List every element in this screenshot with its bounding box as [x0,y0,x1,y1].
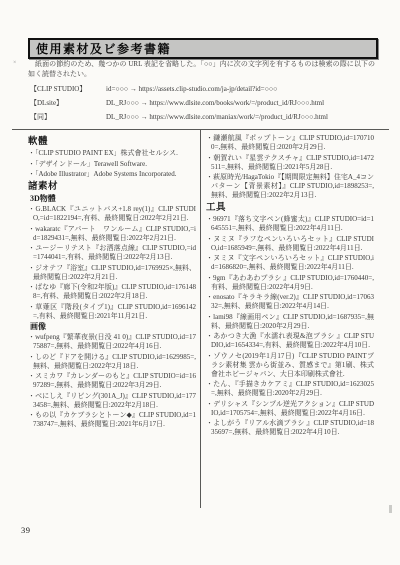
credit-list-item: 鎌瀬航風『ポップトーン』CLIP STUDIO,id=1707100=,無料、最… [206,134,374,152]
credit-list-item: 朝賀れい『星雲テクスチャ』CLIP STUDIO,id=1472511=,無料、… [206,154,374,172]
credit-list-item: 「デザインドール」Terawell Software. [28,160,196,169]
right-column: 鎌瀬航風『ポップトーン』CLIP STUDIO,id=1707100=,無料、最… [206,134,374,439]
section-title-bar: 使用素材及ビ参考書籍 [28,38,378,59]
credit-list-item: ユージーリテスト『お洒落点線』CLIP STUDIO,=id=1744041=,… [28,244,196,262]
section-heading: 画像 [30,322,196,332]
credit-list-item: もの以『カケブラシとトーン◆』CLIP STUDIO,id=1738747=,無… [28,411,196,429]
credit-list-item: 96971『落ち文字ペン(蜂蜜太)』CLIP STUDIO=id=1645551… [206,215,374,233]
credit-list-item: ばなゆ『廊下(令和2年版)』CLIP STUDIO,id=1761488=,有料… [28,283,196,301]
section-heading: 軟體 [28,136,196,148]
credit-list-item: wakaratc『アパート ワンルーム』CLIP STUDIO,=id=1829… [28,225,196,243]
scan-artifact-mark: × [13,60,16,66]
left-column: 軟體「CLIP STUDIO PAINT EX」株式會社セルシス.「デザインドー… [28,134,196,431]
url-rule-row: 【CLIP STUDIO】id=○○○ → https://assets.cli… [30,82,375,96]
credit-list-item: G.BLACK『ユニットバス+1.8 rey(1)』CLIP STUDIO,=i… [28,205,196,223]
url-rule-label: 【CLIP STUDIO】 [30,82,106,96]
section-heading: 3D物體 [30,194,196,204]
column-divider [200,130,201,508]
credit-list-item: たん、『手描きカケアミ』CLIP STUDIO,id=1623025=,無料、最… [206,380,374,398]
url-rule-row: 【DLsite】DL_RJ○○○ → https://www.dlsite.co… [30,96,375,110]
credit-list-item: よしがう『リアル水滴ブラシ 』CLIP STUDIO,id=1835697=,無… [206,419,374,437]
section-heading: 工具 [206,202,374,214]
credit-list-item: ヌミヌ『文字ペンいろいろセット』CLIP STUDIO,id=1686820=,… [206,254,374,272]
scan-edge-artifact [389,505,392,513]
credit-list-item: lami98『線画用ペン』CLIP STUDIO,id=1687935=,無料、… [206,313,374,331]
credit-list-item: 9gm『あわあわブラシ 』CLIP STUDIO,id=1760440=,有料、… [206,274,374,292]
document-page: × 使用素材及ビ参考書籍 紙面の節約のため、幾つかの URL 表記を省略した。「… [0,0,400,565]
url-rule-label: 【同】 [30,110,106,124]
credit-list-item: enosato『キラキラ線(ver.2)』CLIP STUDIO,id=1706… [206,293,374,311]
url-rule-value: DL_RJ○○○ → https://www.dlsite.com/maniax… [106,110,375,124]
credit-list-item: 萩原時光/HagaTokio『【期間限定無料】住宅A_4コンパターン【背景素材】… [206,173,374,200]
credit-list-item: スミカワ『カレンダーのもと』CLIP STUDIO=id=1697289=,無料… [28,372,196,390]
section-heading: 諸素材 [28,181,196,193]
url-rule-value: id=○○○ → https://assets.clip-studio.com/… [106,82,375,96]
url-rule-row: 【同】DL_RJ○○○ → https://www.dlsite.com/man… [30,110,375,124]
url-rule-label: 【DLsite】 [30,96,106,110]
credit-list-item: べにしえ『リビング(301A_J)』CLIP STUDIO,id=1773458… [28,392,196,410]
credit-list-item: 草薙区『階段(タイプ1)』CLIP STUDIO,id=1696142=,有料、… [28,303,196,321]
credit-list-item: ジオテフ『浴室』CLIP STUDIO,id=1769925×,無料、最終閲覧日… [28,264,196,282]
section-title: 使用素材及ビ参考書籍 [36,43,171,55]
url-rule-value: DL_RJ○○○ → https://www.dlsite.com/books/… [106,96,375,110]
url-abbreviation-rules: 【CLIP STUDIO】id=○○○ → https://assets.cli… [30,82,375,124]
intro-paragraph: 紙面の節約のため、幾つかの URL 表記を省略した。「○○」内に次の文字列を有す… [28,60,375,79]
credit-list-item: ヌミヌ『ラフなペンいろいろセット』CLIP STUDIO,id=1685949=… [206,235,374,253]
credit-list-item: wufpeng『繁華夜景(日没 41 0)』CLIP STUDIO,id=177… [28,333,196,351]
credit-list-item: 「Adobe Illustrator」Adobe Systems Incorpo… [28,170,196,179]
credit-list-item: 「CLIP STUDIO PAINT EX」株式會社セルシス. [28,149,196,158]
credit-list-item: あかつき大漁『水濡れ表現&泡ブラシ 』CLIP STUDIO,id=165433… [206,332,374,350]
credit-list-item: しのど『ドアを開ける』CLIP STUDIO,id=1629985=,無料、最終… [28,353,196,371]
page-number: 39 [21,525,31,535]
credit-list-item: デリシャス『シンプル逆光アクション』CLIP STUDIO,id=1705754… [206,400,374,418]
credit-list-item: ゾウノセ(2019年1月17日)『CLIP STUDIO PAINTブラシ素材集… [206,352,374,379]
